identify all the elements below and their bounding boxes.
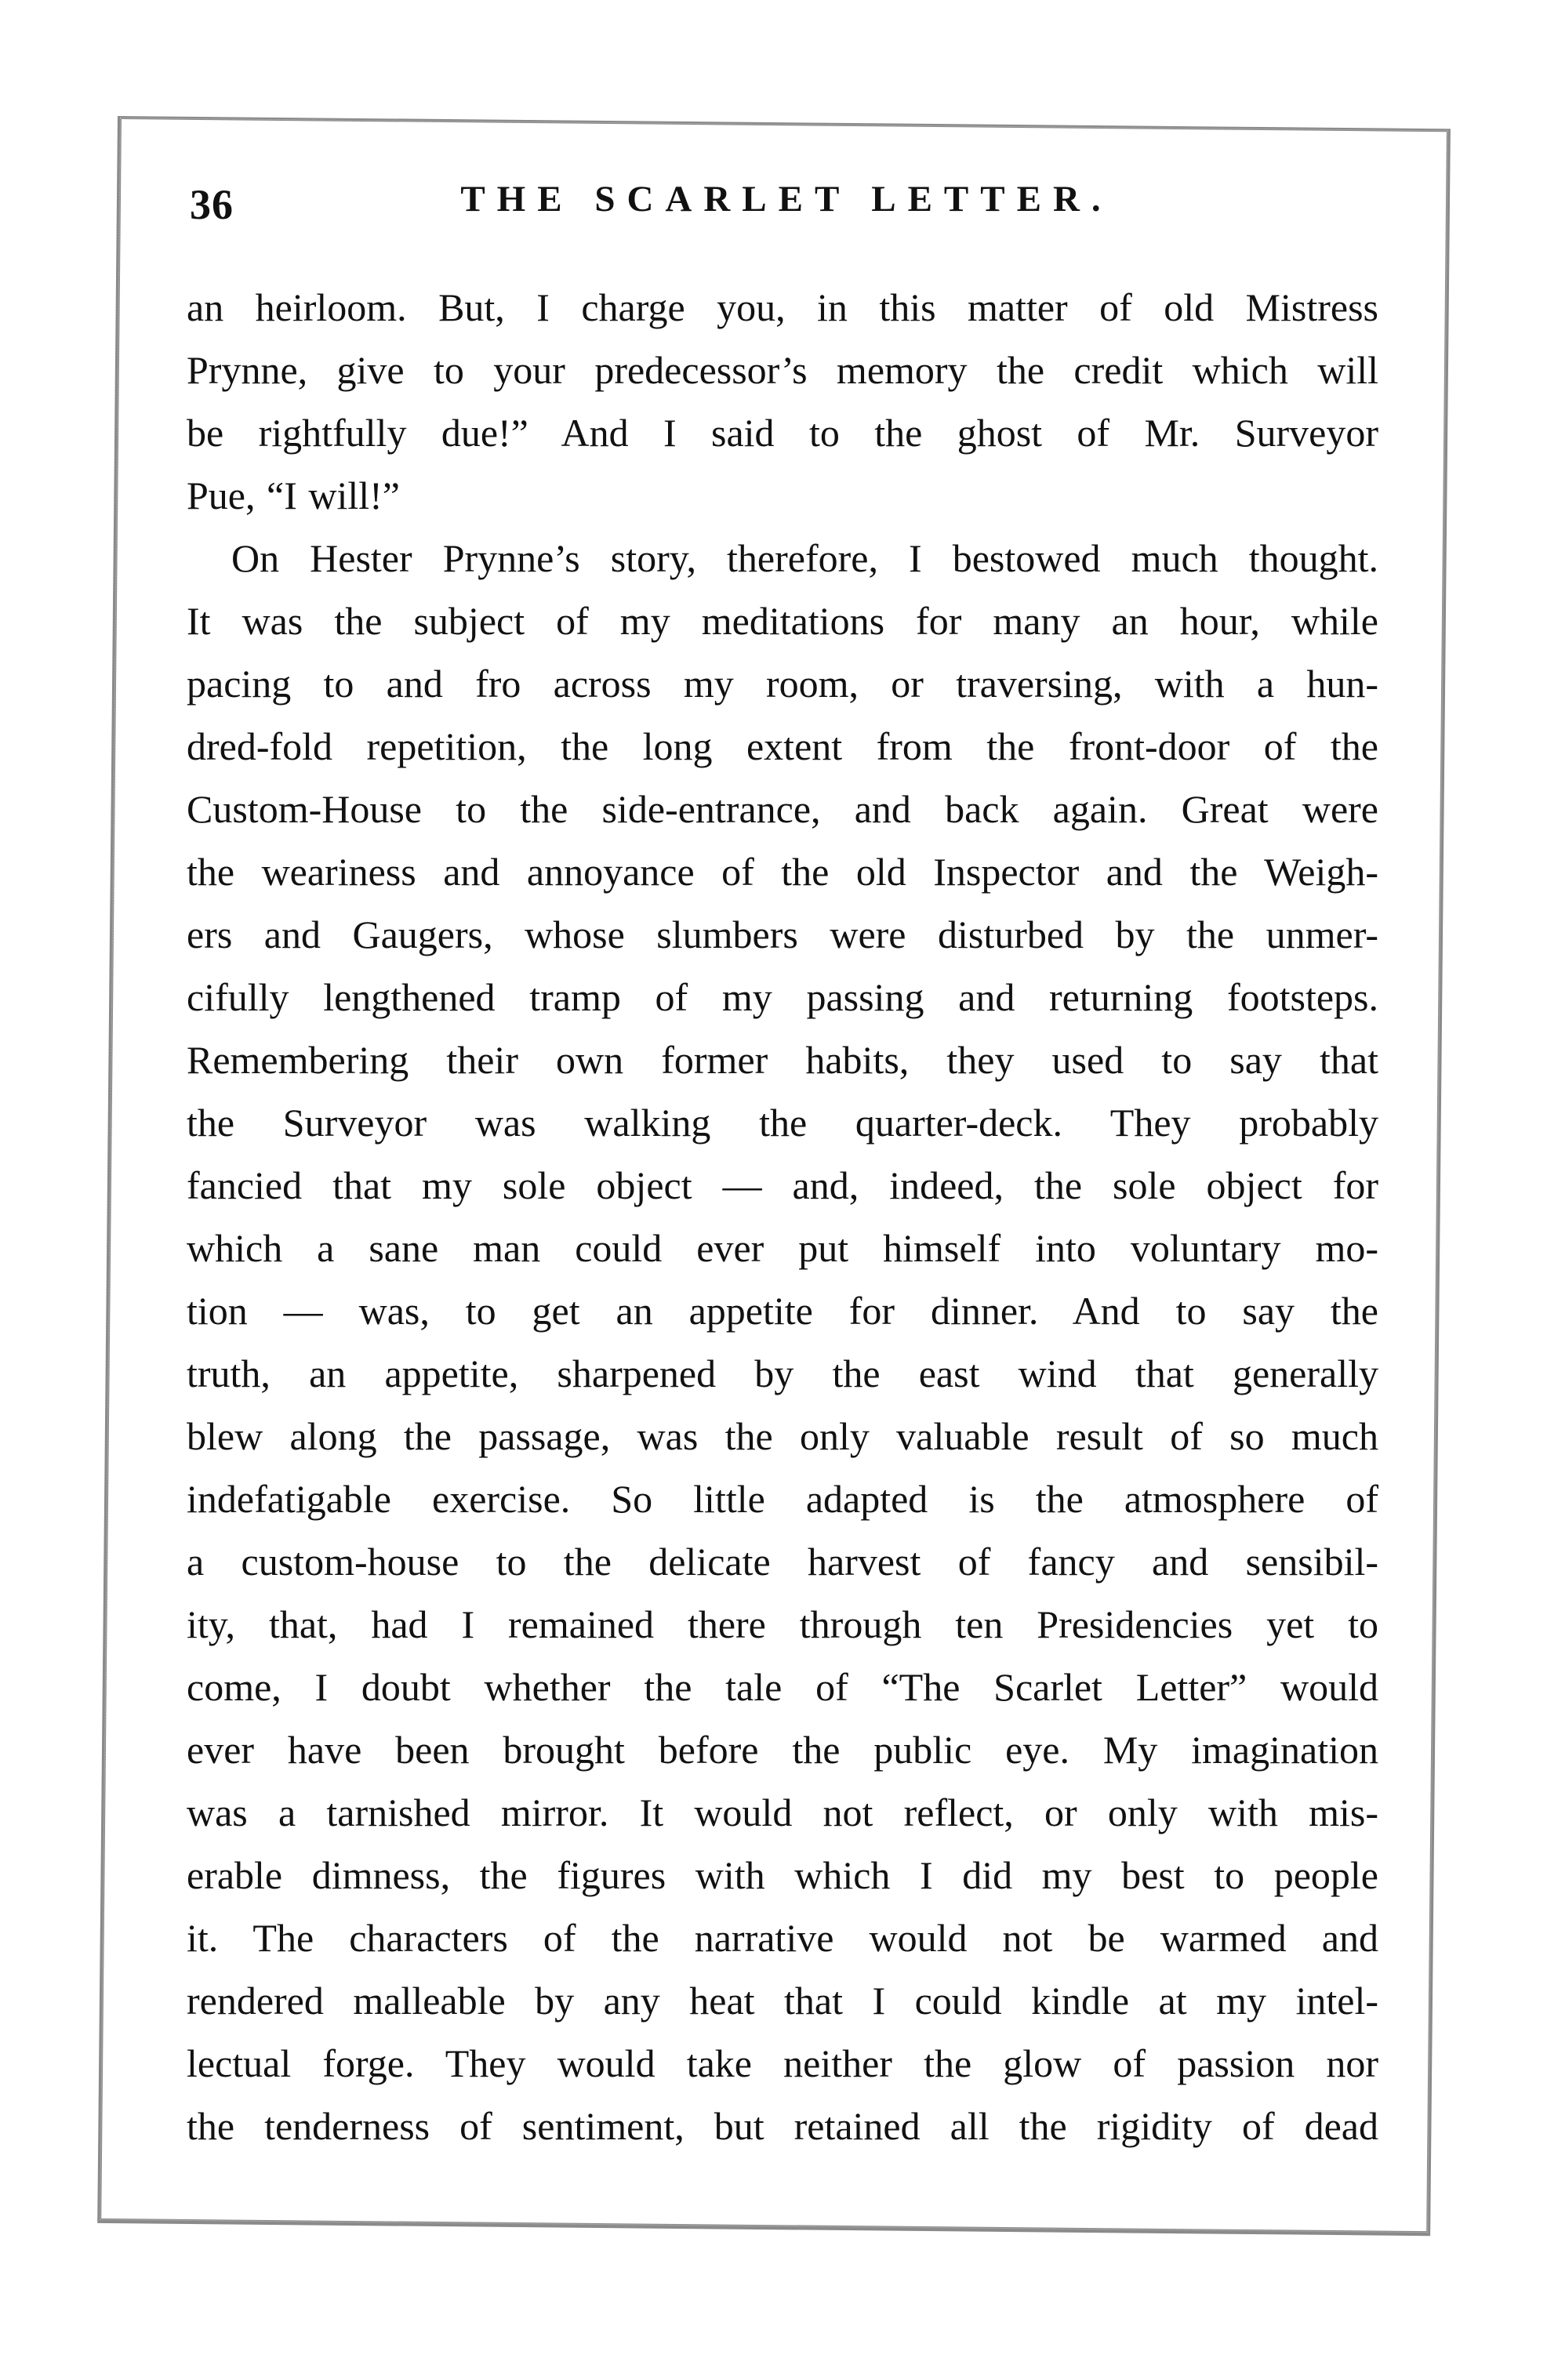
text-line: fancied that my sole object — and, indee… (187, 1154, 1378, 1217)
text-line: ity, that, had I remained there through … (187, 1593, 1378, 1656)
text-line: ever have been brought before the public… (187, 1718, 1378, 1781)
text-line: blew along the passage, was the only val… (187, 1405, 1378, 1468)
text-line: dred-fold repetition, the long extent fr… (187, 715, 1378, 778)
running-title: THE SCARLET LETTER. (187, 176, 1378, 223)
text-line: Prynne, give to your predecessor’s memor… (187, 339, 1378, 401)
text-line: indefatigable exercise. So little adapte… (187, 1468, 1378, 1530)
text-line: the Surveyor was walking the quarter-dec… (187, 1091, 1378, 1154)
text-line: come, I doubt whether the tale of “The S… (187, 1656, 1378, 1718)
text-line: the weariness and annoyance of the old I… (187, 840, 1378, 903)
text-line: a custom-house to the delicate harvest o… (187, 1530, 1378, 1593)
text-line: It was the subject of my meditations for… (187, 590, 1378, 652)
text-line: it. The characters of the narrative woul… (187, 1907, 1378, 1969)
text-line: erable dimness, the figures with which I… (187, 1844, 1378, 1907)
text-line: be rightfully due!” And I said to the gh… (187, 401, 1378, 464)
text-line: ers and Gaugers, whose slumbers were dis… (187, 903, 1378, 966)
text-line: the tenderness of sentiment, but retaine… (187, 2095, 1378, 2157)
text-line: cifully lengthened tramp of my passing a… (187, 966, 1378, 1029)
body-text: an heirloom. But, I charge you, in this … (187, 276, 1378, 2157)
text-line: was a tarnished mirror. It would not ref… (187, 1781, 1378, 1844)
text-line: Remembering their own former habits, the… (187, 1029, 1378, 1091)
text-line: pacing to and fro across my room, or tra… (187, 652, 1378, 715)
text-line: rendered malleable by any heat that I co… (187, 1969, 1378, 2032)
text-line-paragraph-start: On Hester Prynne’s story, therefore, I b… (187, 527, 1378, 590)
text-line: truth, an appetite, sharpened by the eas… (187, 1342, 1378, 1405)
text-line: Custom-House to the side-entrance, and b… (187, 778, 1378, 840)
text-line: tion — was, to get an appetite for dinne… (187, 1279, 1378, 1342)
text-line: lectual forge. They would take neither t… (187, 2032, 1378, 2095)
text-line: which a sane man could ever put himself … (187, 1217, 1378, 1279)
running-head: 36 THE SCARLET LETTER. (187, 0, 1378, 235)
text-line-paragraph-end: Pue, “I will!” (187, 464, 1378, 527)
text-line: an heirloom. But, I charge you, in this … (187, 276, 1378, 339)
